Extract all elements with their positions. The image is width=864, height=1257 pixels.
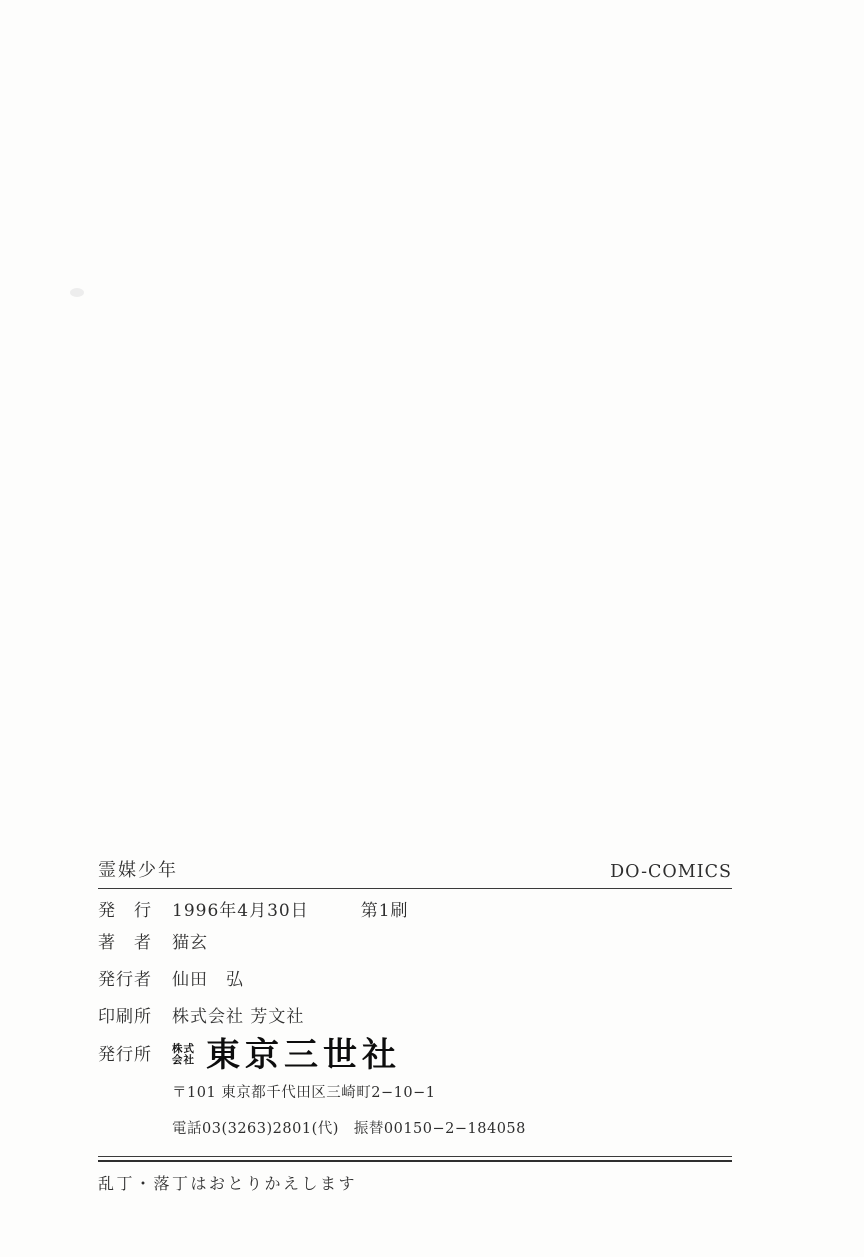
row-label-insatsujo: 印刷所 — [98, 1007, 154, 1028]
defective-copy-notice: 乱丁・落丁はおとりかえします — [98, 1171, 732, 1194]
publisher-phone-and-postal-transfer: 電話03(3263)2801(代) 振替00150−2−184058 — [172, 1117, 732, 1138]
row-label-hakkoujo: 発行所 — [98, 1045, 154, 1066]
publisher-person-name: 仙田 弘 — [172, 970, 244, 991]
row-publication-date: 発 行 1996年4月30日 第1刷 — [98, 901, 732, 922]
publisher-name-logotype: 東京三世社 — [206, 1038, 401, 1071]
corp-prefix: 株式 会社 — [172, 1044, 195, 1066]
colophon-block: 霊媒少年 DO-COMICS 発 行 1996年4月30日 第1刷 著 者 猫玄… — [98, 856, 732, 1194]
row-label-hakkousha: 発行者 — [98, 970, 154, 991]
double-rule-divider — [98, 1156, 732, 1162]
publisher-address: 〒101 東京都千代田区三崎町2−10−1 — [172, 1081, 732, 1102]
corp-prefix-bottom: 会社 — [172, 1054, 195, 1066]
publication-date: 1996年4月30日 — [172, 901, 309, 922]
edition-number: 第1刷 — [361, 901, 409, 922]
row-author: 著 者 猫玄 — [98, 933, 732, 954]
book-title: 霊媒少年 — [98, 856, 178, 882]
row-label-chosha: 著 者 — [98, 933, 154, 954]
row-printer: 印刷所 株式会社 芳文社 — [98, 1007, 732, 1028]
row-label-hakkou: 発 行 — [98, 901, 154, 922]
publication-info-rows: 発 行 1996年4月30日 第1刷 著 者 猫玄 発行者 仙田 弘 印刷所 株… — [98, 901, 732, 1138]
publisher-logo: 株式 会社 東京三世社 — [172, 1038, 401, 1072]
row-publishing-house: 発行所 株式 会社 東京三世社 — [98, 1038, 732, 1072]
printer-name: 株式会社 芳文社 — [172, 1007, 304, 1028]
scanned-colophon-page: 霊媒少年 DO-COMICS 発 行 1996年4月30日 第1刷 著 者 猫玄… — [0, 0, 864, 1257]
row-publisher-person: 発行者 仙田 弘 — [98, 970, 732, 991]
scan-smudge-artifact — [70, 288, 84, 297]
imprint-label: DO-COMICS — [610, 862, 732, 882]
author-name: 猫玄 — [172, 933, 208, 954]
colophon-header: 霊媒少年 DO-COMICS — [98, 856, 732, 889]
